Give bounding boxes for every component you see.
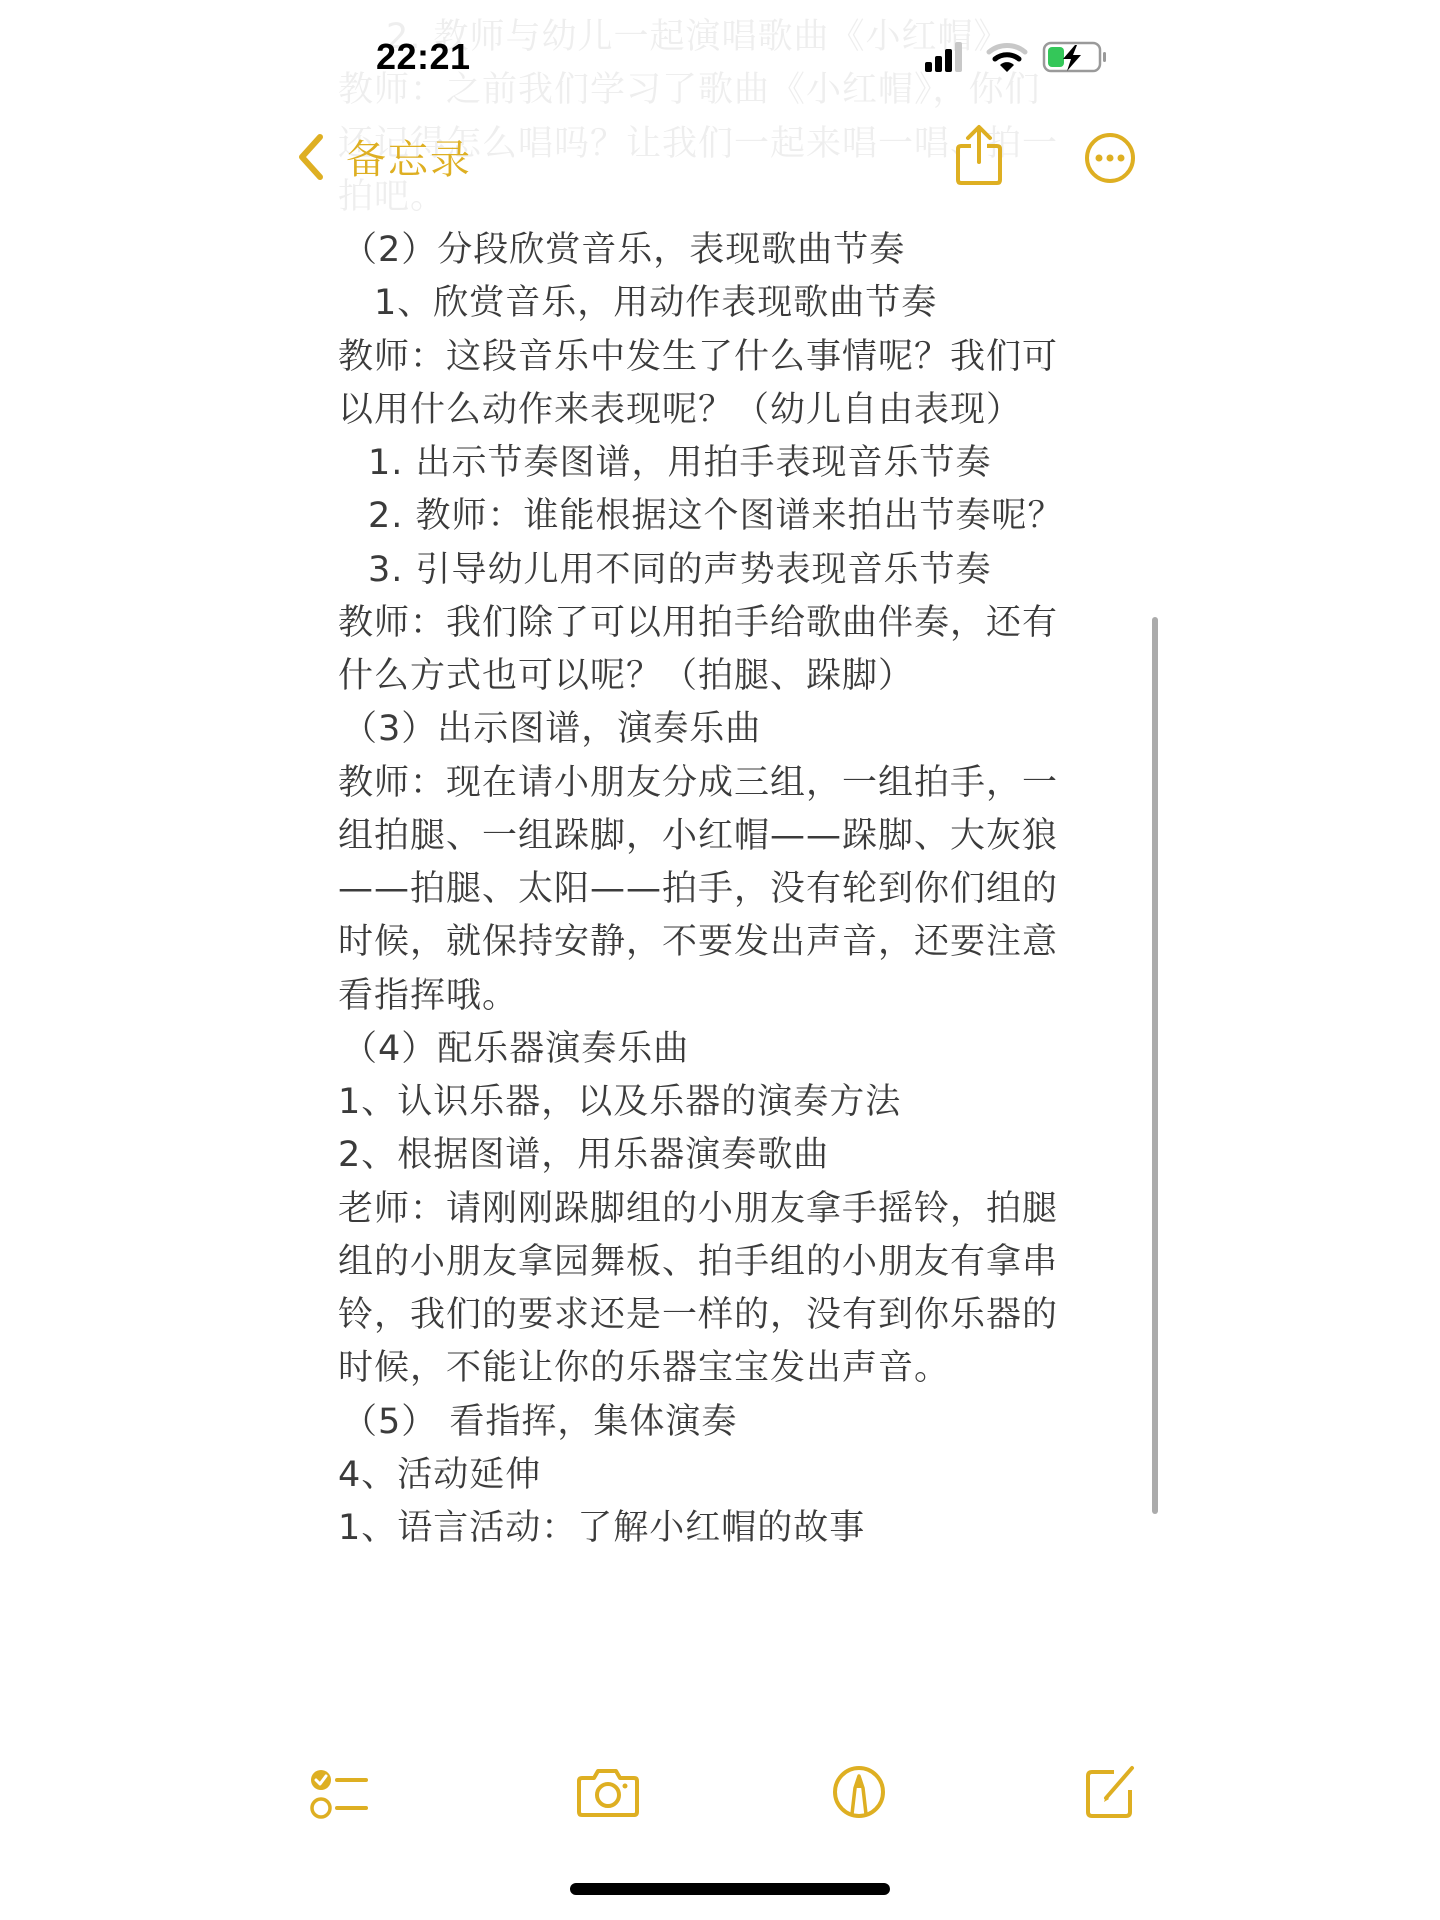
note-line: 2、根据图谱，用乐器演奏歌曲 [338, 1129, 829, 1182]
note-line: 以用什么动作来表现呢？（幼儿自由表现） [338, 384, 1022, 437]
note-line: 1、认识乐器，以及乐器的演奏方法 [338, 1076, 901, 1129]
compose-button[interactable] [1082, 1762, 1140, 1824]
note-line: 时候，就保持安静，不要发出声音，还要注意 [338, 916, 1058, 969]
markup-button[interactable] [832, 1764, 886, 1824]
note-line: 组的小朋友拿园舞板、拍手组的小朋友有拿串 [338, 1236, 1058, 1289]
status-time: 22:21 [376, 36, 471, 78]
markup-icon [832, 1764, 886, 1820]
note-line: （2）分段欣赏音乐，表现歌曲节奏 [342, 224, 905, 277]
note-line: 铃，我们的要求还是一样的，没有到你乐器的 [338, 1289, 1058, 1342]
checklist-button[interactable] [310, 1768, 370, 1824]
note-line: （3）出示图谱，演奏乐曲 [342, 703, 761, 756]
note-line: 1、欣赏音乐，用动作表现歌曲节奏 [374, 277, 937, 330]
compose-icon [1082, 1762, 1140, 1820]
battery-charging-icon [1044, 43, 1106, 71]
more-icon [1084, 132, 1136, 184]
note-line: 2. 教师：谁能根据这个图谱来拍出节奏呢？ [368, 490, 1064, 543]
note-line: （5） 看指挥，集体演奏 [342, 1396, 737, 1449]
camera-icon [576, 1766, 640, 1818]
status-icons [925, 40, 1115, 76]
nav-bar: 备忘录 [0, 118, 1440, 198]
note-line: 4、活动延伸 [338, 1449, 541, 1502]
home-indicator[interactable] [570, 1883, 890, 1895]
note-line: 教师：这段音乐中发生了什么事情呢？我们可 [338, 331, 1058, 384]
note-line: 老师：请刚刚跺脚组的小朋友拿手摇铃，拍腿 [338, 1183, 1058, 1236]
checklist-icon [310, 1768, 370, 1820]
bottom-toolbar [0, 1760, 1440, 1830]
note-line: 什么方式也可以呢？（拍腿、跺脚） [338, 650, 914, 703]
note-line: 1、语言活动：了解小红帽的故事 [338, 1502, 865, 1555]
back-label: 备忘录 [346, 128, 472, 185]
camera-button[interactable] [576, 1766, 640, 1822]
back-button[interactable]: 备忘录 [296, 128, 472, 185]
note-line: （4）配乐器演奏乐曲 [342, 1023, 689, 1076]
note-line: 时候，不能让你的乐器宝宝发出声音。 [338, 1342, 950, 1395]
note-line: 教师：我们除了可以用拍手给歌曲伴奏，还有 [338, 597, 1058, 650]
note-line: 1. 出示节奏图谱，用拍手表现音乐节奏 [368, 437, 992, 490]
status-bar: 22:21 [0, 0, 1440, 110]
note-line: 组拍腿、一组跺脚，小红帽——跺脚、大灰狼 [338, 810, 1058, 863]
share-button[interactable] [955, 124, 1003, 190]
note-line: 看指挥哦。 [338, 970, 518, 1023]
more-button[interactable] [1084, 132, 1136, 188]
cellular-signal-icon [925, 42, 962, 72]
note-line: 3. 引导幼儿用不同的声势表现音乐节奏 [368, 544, 992, 597]
note-line: ——拍腿、太阳——拍手，没有轮到你们组的 [338, 863, 1058, 916]
scrollbar[interactable] [1152, 617, 1158, 1514]
share-icon [955, 124, 1003, 186]
wifi-icon [989, 45, 1025, 72]
chevron-left-icon [296, 133, 324, 181]
note-line: 教师：现在请小朋友分成三组，一组拍手，一 [338, 757, 1058, 810]
